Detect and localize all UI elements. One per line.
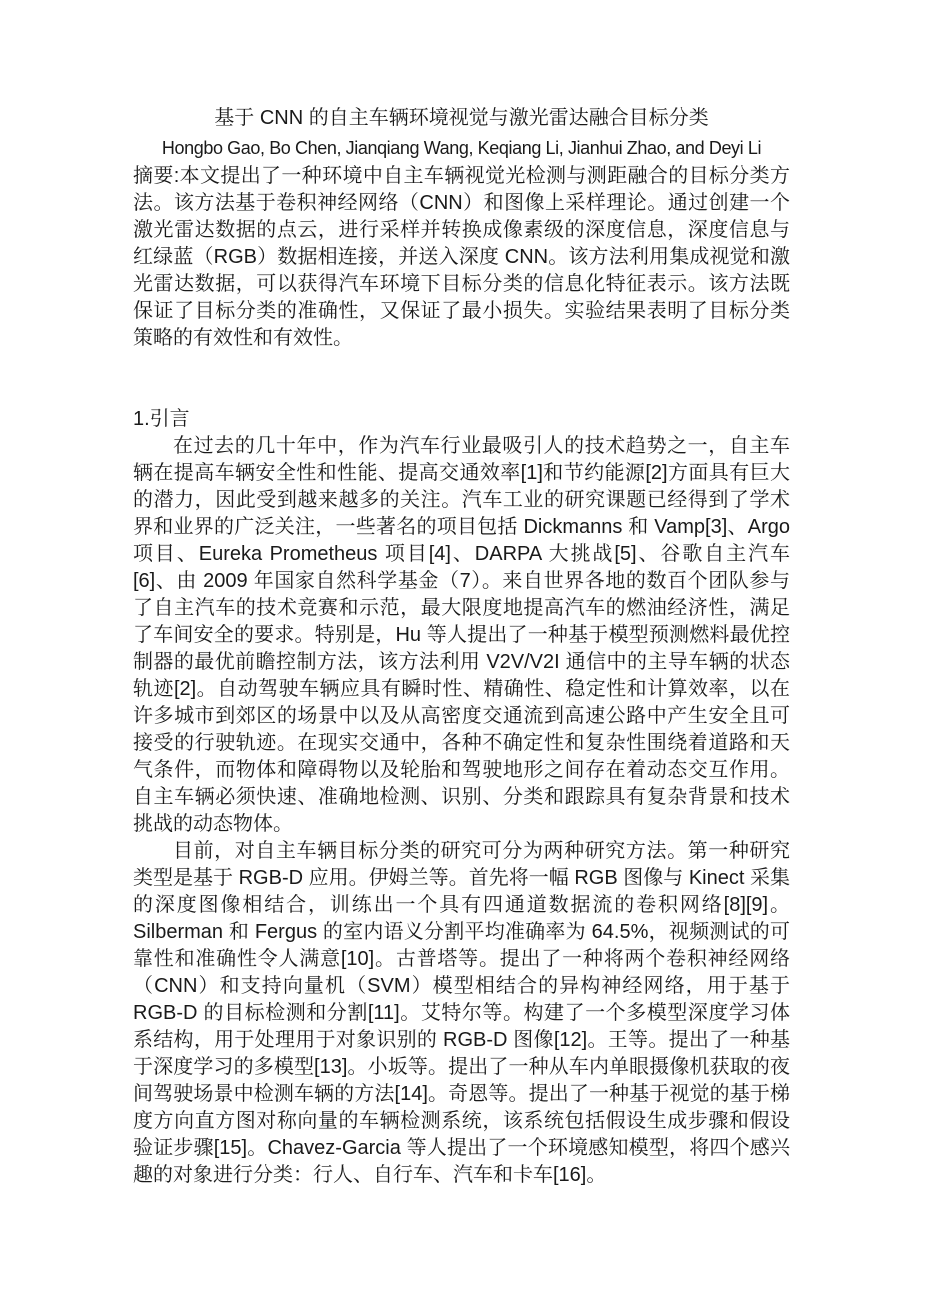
document-page: 基于 CNN 的自主车辆环境视觉与激光雷达融合目标分类 Hongbo Gao, … [0,0,926,1309]
paper-authors: Hongbo Gao, Bo Chen, Jianqiang Wang, Keq… [133,133,790,163]
abstract-paragraph: 摘要:本文提出了一种环境中自主车辆视觉光检测与测距融合的目标分类方法。该方法基于… [133,163,790,352]
intro-paragraph-2: 目前，对自主车辆目标分类的研究可分为两种研究方法。第一种研究类型是基于 RGB-… [133,838,790,1189]
intro-paragraph-1: 在过去的几十年中，作为汽车行业最吸引人的技术趋势之一，自主车辆在提高车辆安全性和… [133,433,790,838]
paper-title: 基于 CNN 的自主车辆环境视觉与激光雷达融合目标分类 [133,103,790,133]
section-heading-introduction: 1.引言 [133,406,790,433]
